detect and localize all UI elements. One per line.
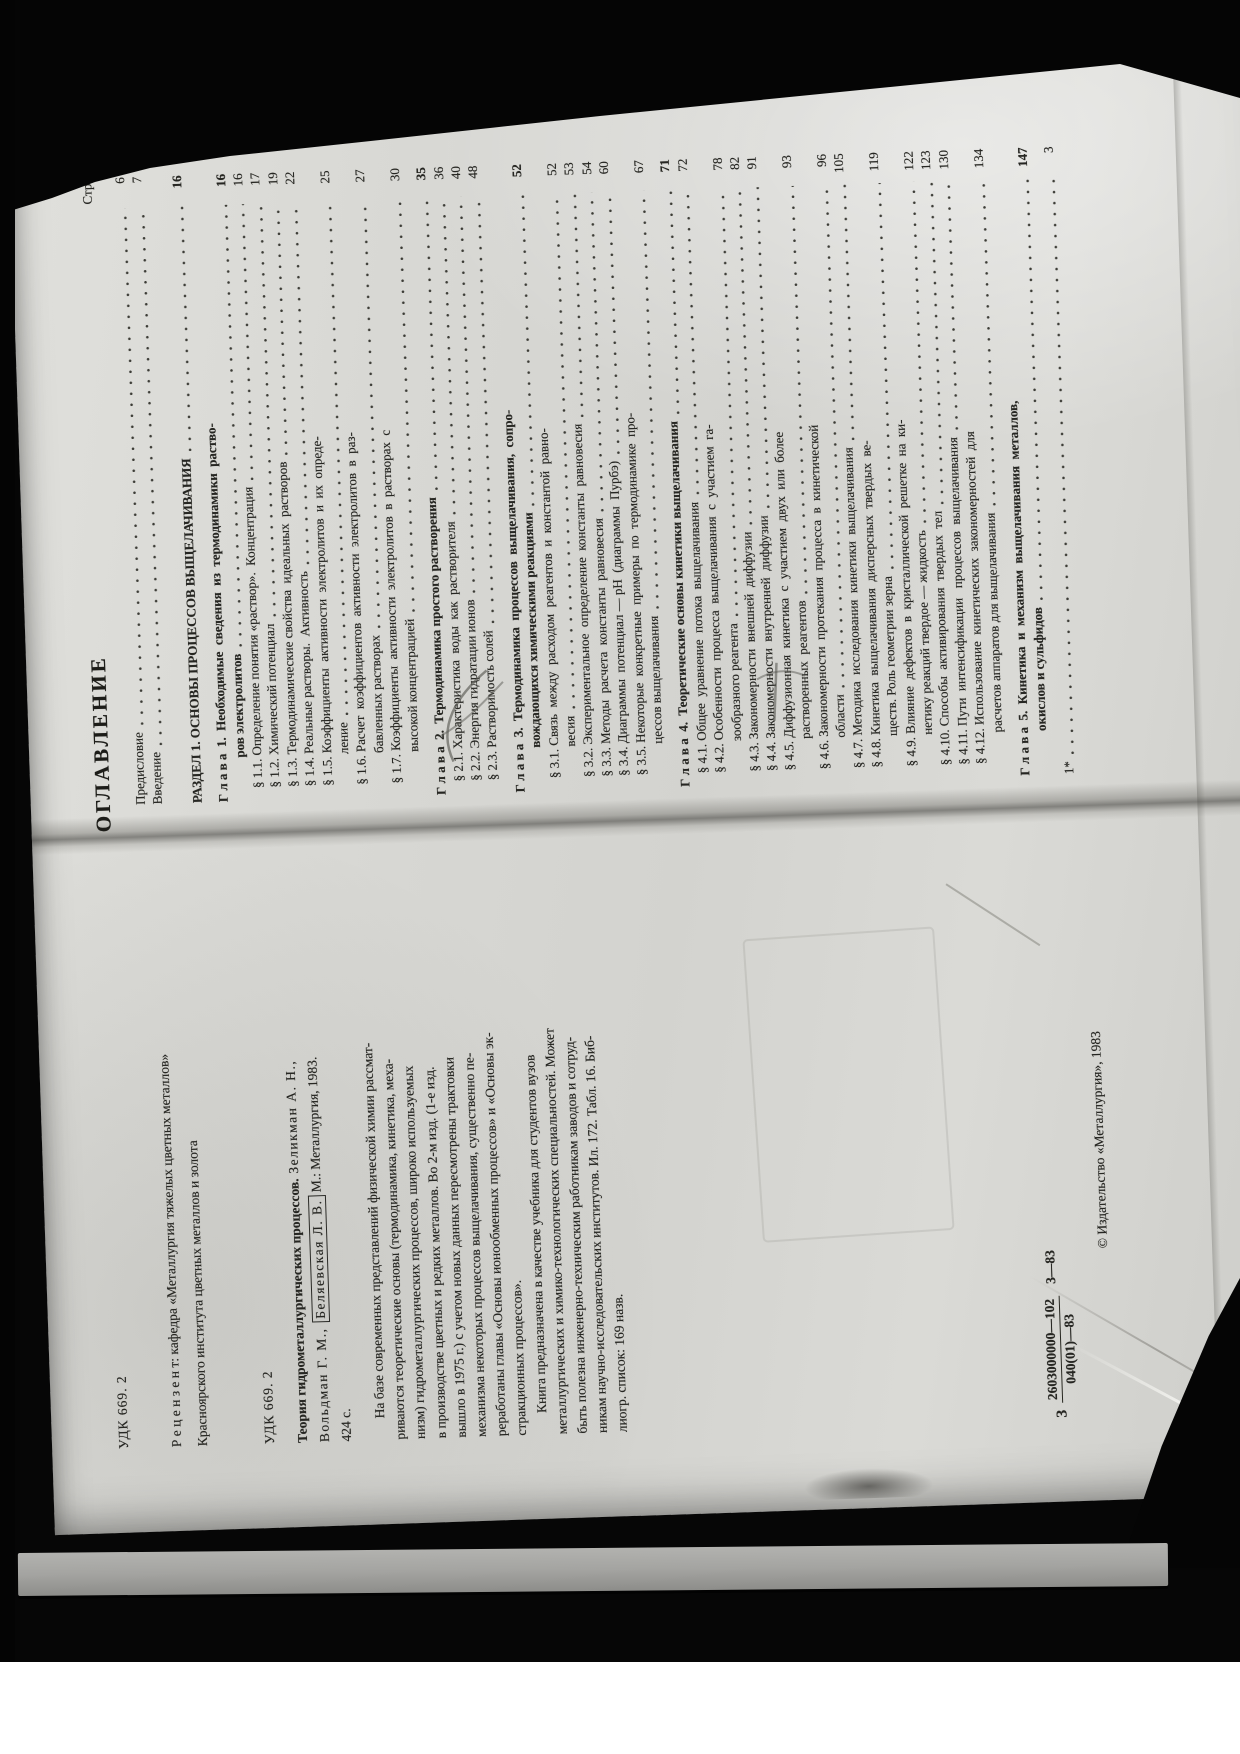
book-spread-paper: ОГЛАВЛЕНИЕ Стр. Предисловие6Введение7РАЗ… <box>6 16 1240 1535</box>
reviewer-block: Р е ц е н з е н т: кафедра «Металлургия … <box>145 860 216 1447</box>
toc-entry-label: РАЗДЕЛ 1. ОСНОВЫ ПРОЦЕССОВ ВЫЩЕЛАЧИВАНИЯ <box>177 458 206 803</box>
copyright-line: © Издательство «Металлургия», 1983 <box>1081 830 1111 1248</box>
toc-entry-page-number: 52 <box>543 163 561 191</box>
stamp-ghost <box>742 926 954 1242</box>
dot-leader <box>180 206 192 451</box>
toc-entry-label: весия <box>561 716 579 747</box>
toc-list: Предисловие6Введение7РАЗДЕЛ 1. ОСНОВЫ ПР… <box>111 146 1078 805</box>
pencil-mark <box>752 656 814 733</box>
toc-entry-page-number: 6 <box>111 177 129 205</box>
dot-leader <box>642 191 660 609</box>
toc-entry-page-number: 71 <box>656 159 674 187</box>
toc-entry-page-number: 134 <box>969 149 987 177</box>
toc-entry-page-number: 122 <box>900 151 918 179</box>
toc-entry-page-number: 105 <box>830 153 848 181</box>
deceased-author-box: Беляевская Л. В. <box>308 1195 330 1323</box>
catalog-fraction: 2603000000—102 040(01)—83 <box>1041 1295 1080 1403</box>
toc-entry-page-number: 93 <box>778 155 796 183</box>
toc-entry-page-number: 3 <box>1039 146 1057 174</box>
toc-entry-label: Введение <box>148 752 167 805</box>
toc-entry-page-number: 67 <box>630 160 648 188</box>
toc-entry-page-number: 19 <box>264 172 282 200</box>
toc-entry-page-number: 48 <box>464 165 482 193</box>
toc-entry-page-number: 27 <box>351 169 369 197</box>
catalog-letter: З <box>1054 1410 1071 1418</box>
toc-entry-page-number: 82 <box>726 157 744 185</box>
toc-entry-page-number: 36 <box>429 166 447 194</box>
toc-entry-page-number: 91 <box>743 156 761 184</box>
dot-leader <box>398 199 416 612</box>
citation-block: Теория гидрометаллургических процессов. … <box>273 855 358 1443</box>
toc-entry-page-number: 53 <box>560 162 578 190</box>
udc-entry: УДК 669. 2 <box>243 858 278 1444</box>
toc-entry-page-number: 78 <box>708 157 726 185</box>
toc-entry-label: цессов выщелачивания <box>645 616 667 745</box>
toc-entry-page-number: 16 <box>168 175 186 203</box>
toc-entry-page-number: 119 <box>865 152 883 180</box>
toc-entry-page-number: 25 <box>316 170 334 198</box>
toc-entry-page-number: 60 <box>595 161 613 189</box>
toc-title: ОГЛАВЛЕНИЕ <box>86 655 117 833</box>
toc-entry-page-number: 72 <box>673 158 691 186</box>
toc-entry-page-number: 130 <box>934 150 952 178</box>
toc-entry-label: высокой концентрацией <box>401 619 423 753</box>
toc-entry-page-number: 16 <box>212 174 230 202</box>
toc-entry-page-number: 52 <box>508 164 526 192</box>
toc-header: ОГЛАВЛЕНИЕ Стр. <box>70 174 117 832</box>
toc-entry-page-number: 17 <box>246 173 264 201</box>
toc-entry-page-number: 22 <box>281 171 299 199</box>
dot-leader <box>1025 178 1043 600</box>
toc-entry-page-number: 16 <box>229 173 247 201</box>
edge-smudge <box>803 1466 934 1500</box>
toc-entry-page-number: 54 <box>578 162 596 190</box>
catalog-number: З 2603000000—102 040(01)—83 3—83 <box>1035 1107 1080 1418</box>
pencil-mark <box>428 659 527 777</box>
scanner-gray-band <box>18 1543 1168 1596</box>
dot-leader <box>477 196 495 623</box>
dot-leader <box>982 180 997 506</box>
toc-entry-page-number: 35 <box>412 167 430 195</box>
toc-entry-label: 1* <box>1060 761 1078 775</box>
toc-entry-label: ление <box>334 722 352 755</box>
toc-entry-page-number: 30 <box>386 168 404 196</box>
udc-top: УДК 669. 2 <box>97 863 132 1449</box>
toc-entry-page-number: 40 <box>447 166 465 194</box>
catalog-suffix: 3—83 <box>1042 1250 1059 1284</box>
scan-left-edge <box>0 0 15 1662</box>
dot-leader <box>1052 177 1075 754</box>
toc-entry-label: Предисловие <box>129 732 149 805</box>
toc-entry-page-number: 96 <box>813 154 831 182</box>
toc-entry-label: области <box>831 694 850 738</box>
annotation-block: На базе современных представлений физиче… <box>352 846 634 1440</box>
toc-entry-page-number: 147 <box>1013 147 1031 175</box>
toc-entry-label: окислов и сульфидов <box>1028 607 1050 731</box>
imprint-page: УДК 669. 2 Р е ц е н з е н т: кафедра «М… <box>42 797 1240 1536</box>
scan-background: ОГЛАВЛЕНИЕ Стр. Предисловие6Введение7РАЗ… <box>0 0 1240 1662</box>
toc-entry-page-number: 123 <box>917 150 935 178</box>
toc-entry-page-number: 7 <box>128 176 146 204</box>
dot-leader <box>141 207 163 744</box>
